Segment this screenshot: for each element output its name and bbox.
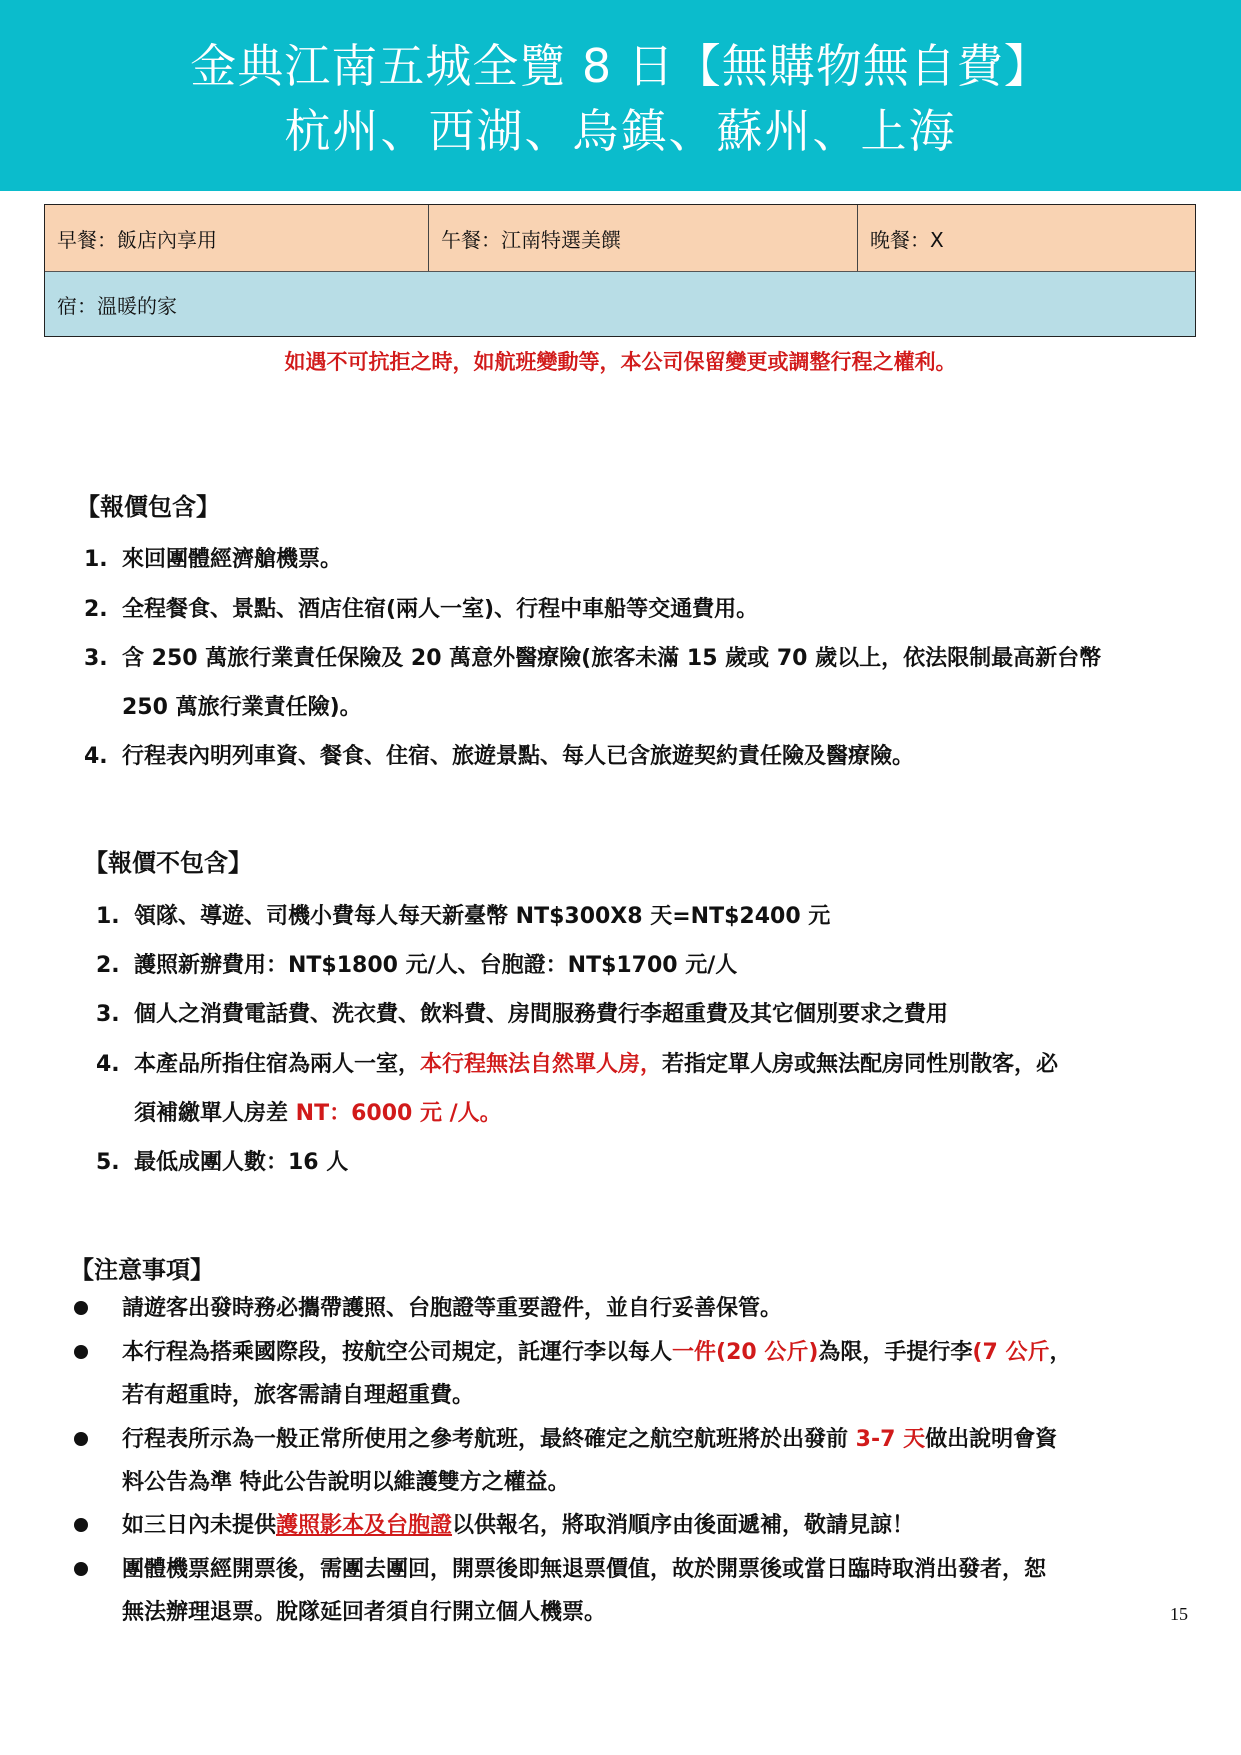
note-item-continuation: 無法辦理退票。脫隊延回者須自行開立個人機票。 — [122, 1588, 606, 1637]
single-room-surcharge: NT：6000 元 /人。 — [296, 1101, 502, 1126]
notes-title: 【注意事項】 — [70, 1250, 214, 1285]
note-item: 本行程為搭乘國際段，按航空公司規定，託運行李以每人一件(20 公斤)為限，手提行… — [122, 1328, 1071, 1377]
bullet-icon — [74, 1562, 88, 1576]
note-item: 請遊客出發時務必攜帶護照、台胞證等重要證件，並自行妥善保管。 — [122, 1284, 782, 1333]
page-number: 15 — [1170, 1604, 1188, 1625]
excluded-item: 5.最低成團人數：16 人 — [96, 1138, 348, 1187]
bullet-icon — [74, 1345, 88, 1359]
breakfast-cell: 早餐：飯店內享用 — [45, 205, 429, 271]
note-item: 如三日內未提供護照影本及台胞證以供報名，將取消順序由後面遞補，敬請見諒！ — [122, 1501, 914, 1550]
included-title: 【報價包含】 — [76, 487, 220, 522]
included-item: 3.含 250 萬旅行業責任保險及 20 萬意外醫療險(旅客未滿 15 歲或 7… — [84, 634, 1101, 683]
excluded-item: 4.本產品所指住宿為兩人一室，本行程無法自然單人房，若指定單人房或無法配房同性別… — [96, 1040, 1058, 1089]
excluded-title: 【報價不包含】 — [84, 843, 252, 878]
tour-title: 金典江南五城全覽 8 日【無購物無自費】 — [0, 36, 1241, 96]
dinner-cell: 晚餐：X — [858, 205, 1195, 271]
note-item-continuation: 料公告為準 特此公告說明以維護雙方之權益。 — [122, 1458, 570, 1507]
single-room-warning: 本行程無法自然單人房， — [420, 1052, 662, 1077]
included-item: 4.行程表內明列車資、餐食、住宿、旅遊景點、每人已含旅遊契約責任險及醫療險。 — [84, 732, 914, 781]
day-info-table: 早餐：飯店內享用 午餐：江南特選美饌 晚餐：X 宿：溫暖的家 — [44, 204, 1196, 337]
hotel-cell: 宿：溫暖的家 — [45, 272, 1195, 336]
title-banner: 金典江南五城全覽 8 日【無購物無自費】 杭州、西湖、烏鎮、蘇州、上海 — [0, 0, 1241, 191]
bullet-icon — [74, 1432, 88, 1446]
excluded-item: 1.領隊、導遊、司機小費每人每天新臺幣 NT$300X8 天=NT$2400 元 — [96, 892, 830, 941]
force-majeure-notice: 如遇不可抗拒之時，如航班變動等，本公司保留變更或調整行程之權利。 — [0, 346, 1241, 376]
excluded-item-continuation: 須補繳單人房差 NT：6000 元 /人。 — [134, 1089, 502, 1138]
excluded-item: 2.護照新辦費用：NT$1800 元/人、台胞證：NT$1700 元/人 — [96, 941, 737, 990]
note-item-continuation: 若有超重時，旅客需請自理超重費。 — [122, 1371, 474, 1420]
required-documents: 護照影本及台胞證 — [276, 1513, 452, 1538]
included-item-continuation: 250 萬旅行業責任險)。 — [122, 683, 362, 732]
included-item: 1.來回團體經濟艙機票。 — [84, 535, 342, 584]
note-item: 團體機票經開票後，需團去團回，開票後即無退票價值，故於開票後或當日臨時取消出發者… — [122, 1545, 1046, 1594]
bullet-icon — [74, 1518, 88, 1532]
tour-cities: 杭州、西湖、烏鎮、蘇州、上海 — [0, 101, 1241, 161]
excluded-item: 3.個人之消費電話費、洗衣費、飲料費、房間服務費行李超重費及其它個別要求之費用 — [96, 990, 948, 1039]
meal-row: 早餐：飯店內享用 午餐：江南特選美饌 晚餐：X — [45, 205, 1195, 272]
included-item: 2.全程餐食、景點、酒店住宿(兩人一室)、行程中車船等交通費用。 — [84, 585, 758, 634]
bullet-icon — [74, 1301, 88, 1315]
lunch-cell: 午餐：江南特選美饌 — [429, 205, 858, 271]
note-item: 行程表所示為一般正常所使用之參考航班，最終確定之航空航班將於出發前 3-7 天做… — [122, 1415, 1057, 1464]
